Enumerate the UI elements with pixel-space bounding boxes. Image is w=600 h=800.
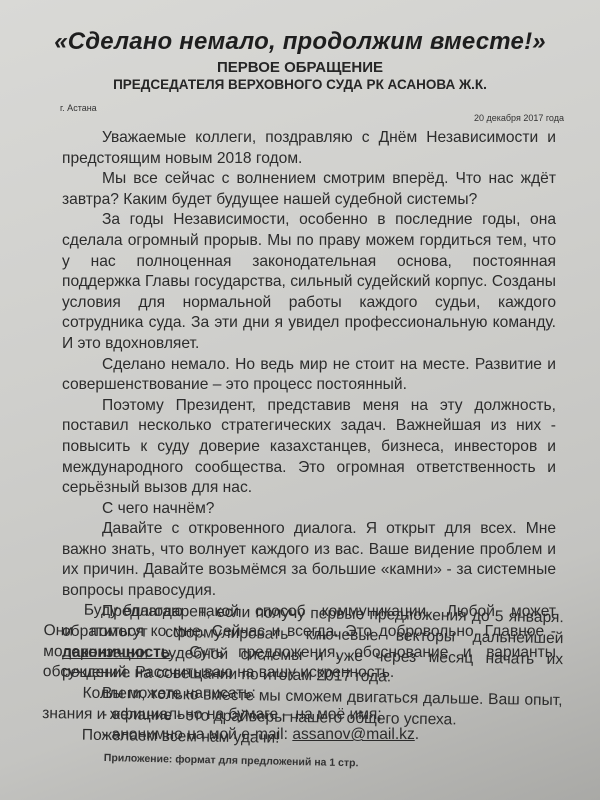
document-city: г. Астана	[60, 103, 97, 113]
document-subtitle: ПЕРВОЕ ОБРАЩЕНИЕ	[0, 59, 600, 76]
document-title: «Сделано немало, продолжим вместе!»	[0, 28, 600, 56]
appendix-note: Приложение: формат для предложений на 1 …	[104, 752, 359, 769]
paragraph: Давайте с откровенного диалога. Я открыт…	[62, 519, 556, 601]
document-date: 20 декабря 2017 года	[474, 113, 564, 123]
paragraph: С чего начнём?	[62, 499, 556, 520]
paragraph: Уважаемые коллеги, поздравляю с Днём Нез…	[62, 128, 556, 169]
paragraph: Поэтому Президент, представив меня на эт…	[62, 396, 556, 499]
paragraph: За годы Независимости, особенно в послед…	[62, 210, 556, 354]
paragraph: Мы все сейчас с волнением смотрим вперёд…	[62, 169, 556, 210]
paragraph: Буду благодарен, если получу первые пред…	[43, 600, 564, 691]
paragraph: Сделано немало. Но ведь мир не стоит на …	[62, 355, 556, 396]
document-author-line: ПРЕДСЕДАТЕЛЯ ВЕРХОВНОГО СУДА РК АСАНОВА …	[0, 77, 600, 92]
document-body-lower: Буду благодарен, если получу первые пред…	[42, 600, 564, 754]
document-page: «Сделано немало, продолжим вместе!» ПЕРВ…	[0, 0, 600, 800]
